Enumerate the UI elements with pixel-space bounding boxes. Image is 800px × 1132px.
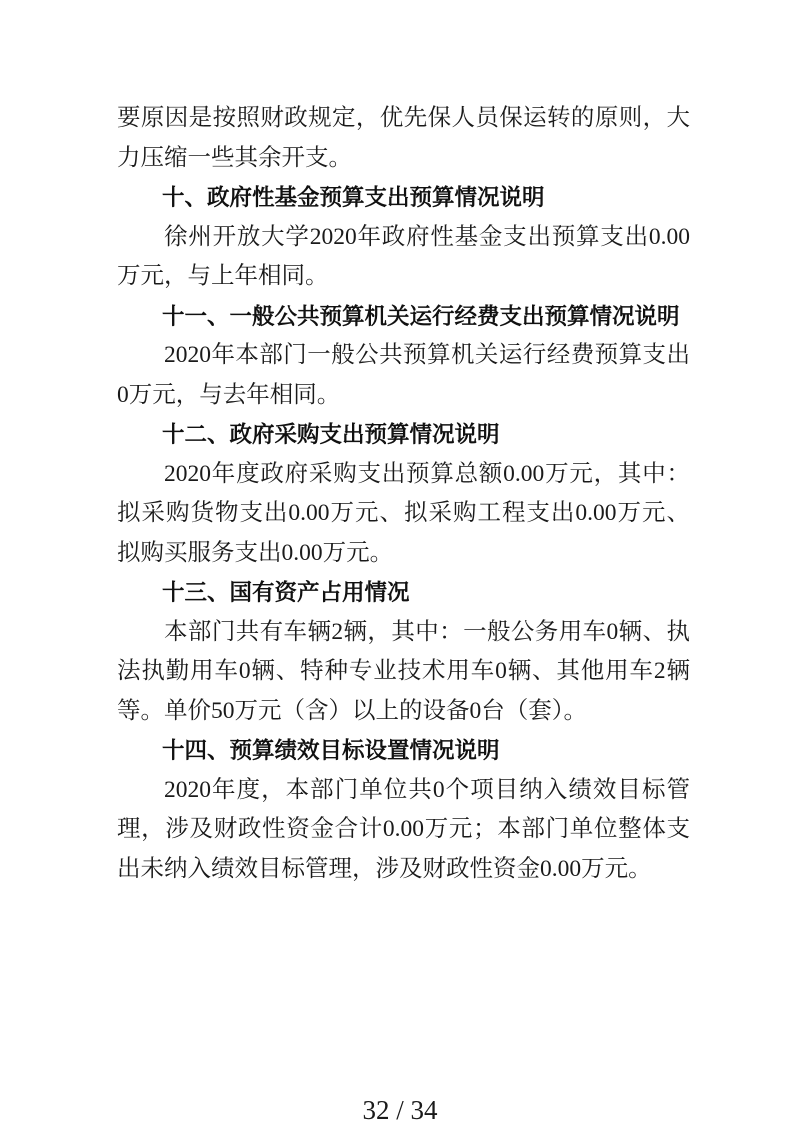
- paragraph-continuation: 要原因是按照财政规定，优先保人员保运转的原则，大力压缩一些其余开支。: [117, 99, 690, 178]
- section-heading-11: 十一、一般公共预算机关运行经费支出预算情况说明: [117, 297, 690, 337]
- section-body-11: 2020年本部门一般公共预算机关运行经费预算支出0万元，与去年相同。: [117, 336, 690, 415]
- section-heading-14: 十四、预算绩效目标设置情况说明: [117, 731, 690, 771]
- page-text-block: 要原因是按照财政规定，优先保人员保运转的原则，大力压缩一些其余开支。 十、政府性…: [117, 99, 690, 889]
- section-body-10: 徐州开放大学2020年政府性基金支出预算支出0.00万元，与上年相同。: [117, 218, 690, 297]
- section-body-12: 2020年度政府采购支出预算总额0.00万元，其中：拟采购货物支出0.00万元、…: [117, 455, 690, 574]
- section-heading-12: 十二、政府采购支出预算情况说明: [117, 415, 690, 455]
- section-body-13: 本部门共有车辆2辆，其中：一般公务用车0辆、执法执勤用车0辆、特种专业技术用车0…: [117, 613, 690, 732]
- document-page: 要原因是按照财政规定，优先保人员保运转的原则，大力压缩一些其余开支。 十、政府性…: [0, 0, 800, 1132]
- section-heading-13: 十三、国有资产占用情况: [117, 573, 690, 613]
- section-heading-10: 十、政府性基金预算支出预算情况说明: [117, 178, 690, 218]
- page-number: 32 / 34: [0, 1095, 800, 1125]
- section-body-14: 2020年度，本部门单位共0个项目纳入绩效目标管理，涉及财政性资金合计0.00万…: [117, 771, 690, 890]
